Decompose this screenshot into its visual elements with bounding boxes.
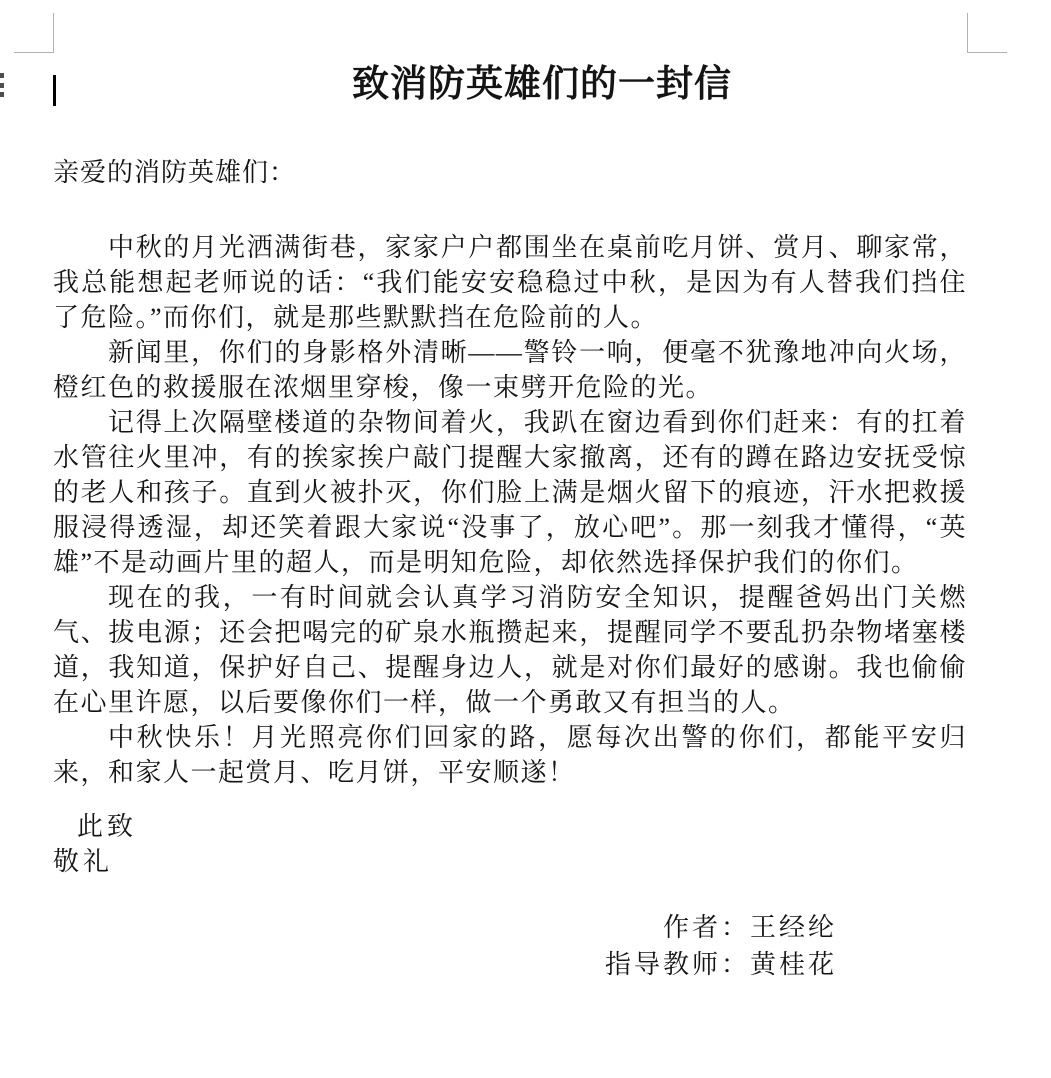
clipped-toolbar-dots-icon [0, 73, 4, 78]
top-right-margin-mark [967, 13, 968, 52]
signature-author[interactable]: 作者：王经纶 [53, 909, 837, 946]
signature-teacher[interactable]: 指导教师：黄桂花 [53, 946, 837, 983]
letter-paragraph[interactable]: 现在的我，一有时间就会认真学习消防安全知识，提醒爸妈出门关燃气、拔电源；还会把喝… [53, 580, 967, 720]
top-right-margin-mark [967, 52, 1007, 53]
clipped-toolbar-dots-icon [0, 92, 4, 97]
letter-signature[interactable]: 作者：王经纶 指导教师：黄桂花 [53, 909, 967, 983]
letter-salutation[interactable]: 亲爱的消防英雄们： [53, 155, 967, 190]
letter-paragraph[interactable]: 中秋的月光洒满街巷，家家户户都围坐在桌前吃月饼、赏月、聊家常，我总能想起老师说的… [53, 230, 967, 335]
closing-salute[interactable]: 敬礼 [53, 844, 967, 879]
letter-closing[interactable]: 此致 敬礼 [53, 809, 967, 879]
letter-paragraphs[interactable]: 中秋的月光洒满街巷，家家户户都围坐在桌前吃月饼、赏月、聊家常，我总能想起老师说的… [53, 230, 967, 790]
letter-paragraph[interactable]: 新闻里，你们的身影格外清晰——警铃一响，便毫不犹豫地冲向火场，橙红色的救援服在浓… [53, 335, 967, 405]
letter-body[interactable]: 致消防英雄们的一封信 亲爱的消防英雄们： 中秋的月光洒满街巷，家家户户都围坐在桌… [53, 0, 967, 983]
clipped-toolbar-dots-icon [0, 83, 4, 88]
closing-respectfully[interactable]: 此致 [53, 809, 967, 844]
top-left-margin-mark [14, 52, 54, 53]
letter-paragraph[interactable]: 记得上次隔壁楼道的杂物间着火，我趴在窗边看到你们赶来：有的扛着水管往火里冲，有的… [53, 405, 967, 580]
document-page[interactable]: 致消防英雄们的一封信 亲爱的消防英雄们： 中秋的月光洒满街巷，家家户户都围坐在桌… [0, 0, 1051, 1078]
letter-paragraph[interactable]: 中秋快乐！月光照亮你们回家的路，愿每次出警的你们，都能平安归来，和家人一起赏月、… [53, 720, 967, 790]
letter-title[interactable]: 致消防英雄们的一封信 [53, 64, 967, 106]
